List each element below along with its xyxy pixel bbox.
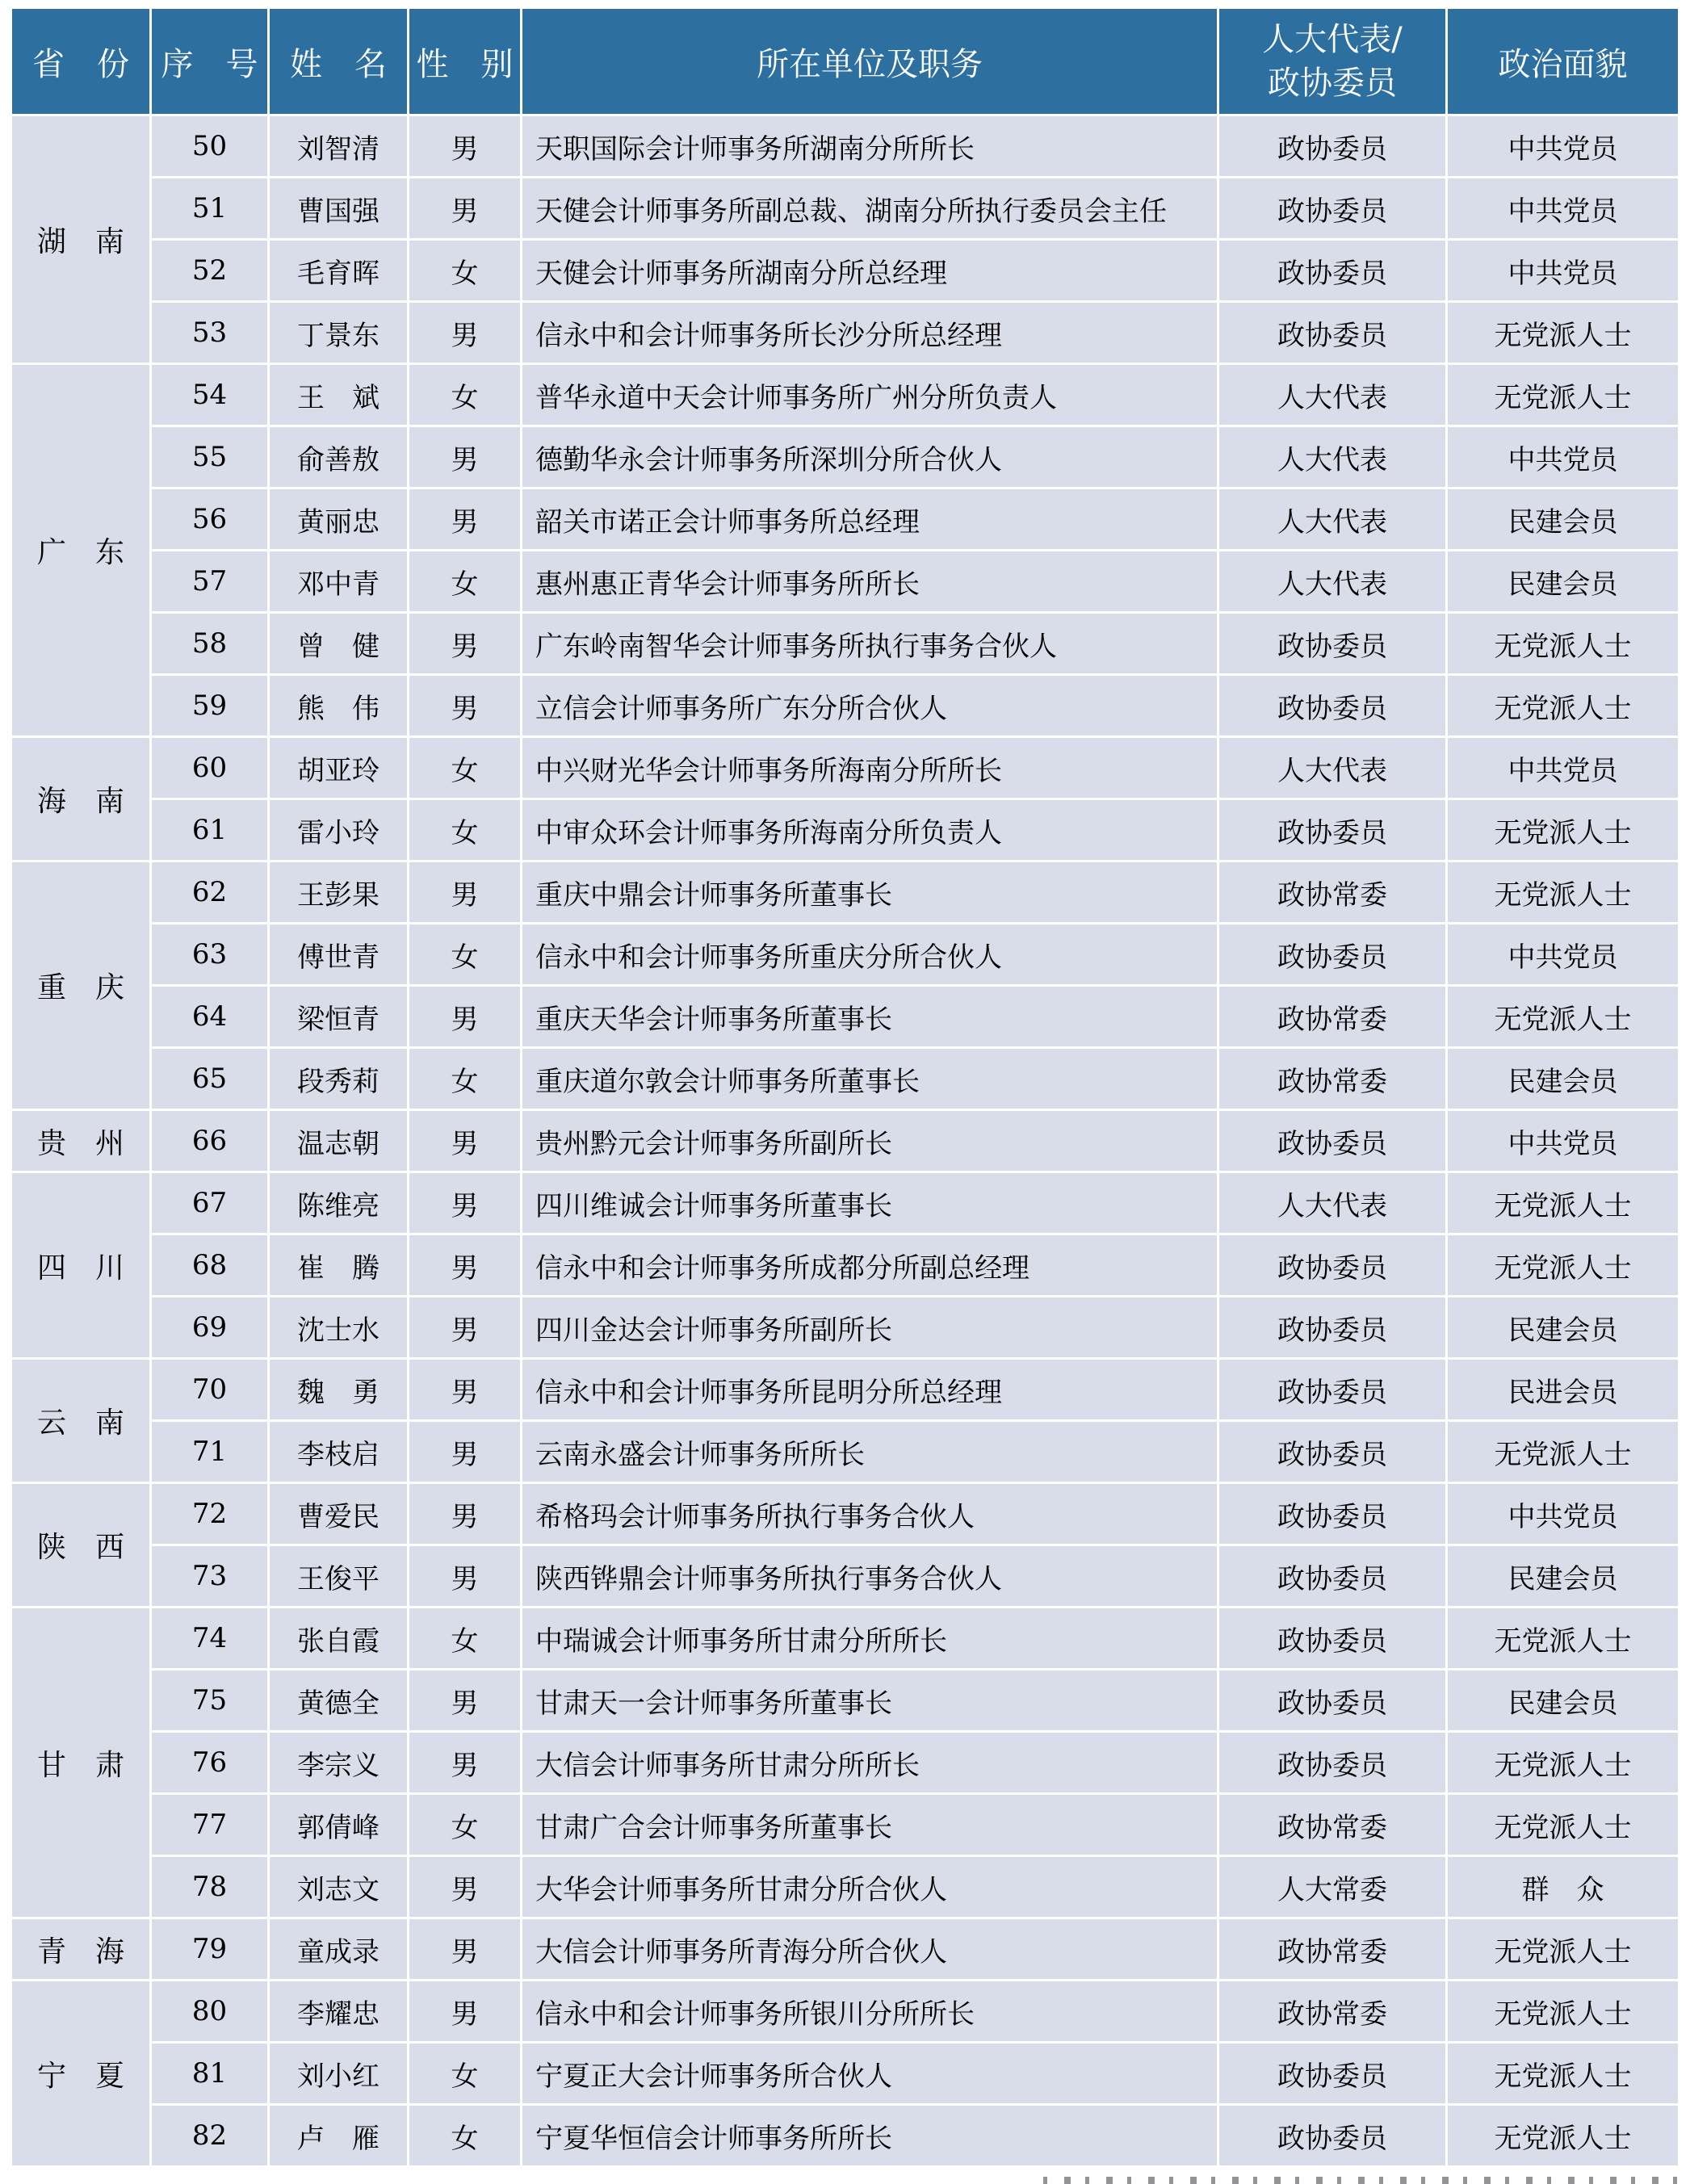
seq-cell: 70 [152,1360,267,1419]
party-cell: 民进会员 [1448,1360,1678,1419]
name-cell: 毛育晖 [270,241,407,300]
party-cell: 中共党员 [1448,178,1678,238]
table-row: 58曾 健男广东岭南智华会计师事务所执行事务合伙人政协委员无党派人士 [12,614,1678,673]
unit-cell: 甘肃天一会计师事务所董事长 [522,1670,1217,1730]
table-row: 82卢 雁女宁夏华恒信会计师事务所所长政协委员无党派人士 [12,2106,1678,2165]
unit-cell: 信永中和会计师事务所昆明分所总经理 [522,1360,1217,1419]
name-cell: 魏 勇 [270,1360,407,1419]
seq-cell: 82 [152,2106,267,2165]
unit-cell: 宁夏正大会计师事务所合伙人 [522,2044,1217,2103]
province-cell: 广 东 [12,365,149,736]
role-cell: 政协委员 [1219,241,1445,300]
party-cell: 无党派人士 [1448,800,1678,860]
name-cell: 雷小玲 [270,800,407,860]
gender-cell: 女 [409,1049,520,1109]
province-cell: 重 庆 [12,862,149,1109]
party-cell: 无党派人士 [1448,1235,1678,1295]
party-cell: 民建会员 [1448,1049,1678,1109]
role-cell: 政协委员 [1219,303,1445,363]
table-row: 77郭倩峰女甘肃广合会计师事务所董事长政协常委无党派人士 [12,1795,1678,1855]
seq-cell: 56 [152,489,267,549]
name-cell: 李宗义 [270,1733,407,1792]
seq-cell: 54 [152,365,267,425]
role-cell: 政协常委 [1219,987,1445,1046]
role-cell: 政协委员 [1219,116,1445,176]
party-cell: 无党派人士 [1448,1919,1678,1979]
unit-cell: 信永中和会计师事务所重庆分所合伙人 [522,924,1217,984]
gender-cell: 男 [409,1360,520,1419]
role-cell: 政协常委 [1219,1049,1445,1109]
province-cell: 云 南 [12,1360,149,1482]
name-cell: 崔 腾 [270,1235,407,1295]
unit-cell: 信永中和会计师事务所成都分所副总经理 [522,1235,1217,1295]
table-row: 76李宗义男大信会计师事务所甘肃分所所长政协委员无党派人士 [12,1733,1678,1792]
gender-cell: 男 [409,1297,520,1357]
role-cell: 政协委员 [1219,1422,1445,1482]
role-cell: 人大代表 [1219,365,1445,425]
role-cell: 政协常委 [1219,862,1445,922]
name-cell: 段秀莉 [270,1049,407,1109]
table-row: 61雷小玲女中审众环会计师事务所海南分所负责人政协委员无党派人士 [12,800,1678,860]
seq-cell: 78 [152,1857,267,1917]
gender-cell: 女 [409,551,520,611]
unit-cell: 大信会计师事务所甘肃分所所长 [522,1733,1217,1792]
name-cell: 邓中青 [270,551,407,611]
role-cell: 政协委员 [1219,614,1445,673]
party-cell: 民建会员 [1448,1670,1678,1730]
gender-cell: 女 [409,2106,520,2165]
name-cell: 刘志文 [270,1857,407,1917]
unit-cell: 重庆中鼎会计师事务所董事长 [522,862,1217,922]
gender-cell: 女 [409,800,520,860]
page: 省 份 序 号 姓 名 性 别 所在单位及职务 人大代表/ 政协委员 政治面貌 … [10,6,1680,2168]
header-province: 省 份 [12,9,149,114]
table-row: 广 东54王 斌女普华永道中天会计师事务所广州分所负责人人大代表无党派人士 [12,365,1678,425]
table-row: 甘 肃74张自霞女中瑞诚会计师事务所甘肃分所所长政协委员无党派人士 [12,1608,1678,1668]
unit-cell: 四川金达会计师事务所副所长 [522,1297,1217,1357]
party-cell: 中共党员 [1448,924,1678,984]
unit-cell: 四川维诚会计师事务所董事长 [522,1173,1217,1233]
seq-cell: 69 [152,1297,267,1357]
unit-cell: 普华永道中天会计师事务所广州分所负责人 [522,365,1217,425]
header-gender: 性 别 [409,9,520,114]
table-row: 52毛育晖女天健会计师事务所湖南分所总经理政协委员中共党员 [12,241,1678,300]
gender-cell: 男 [409,676,520,736]
name-cell: 王彭果 [270,862,407,922]
gender-cell: 女 [409,241,520,300]
seq-cell: 53 [152,303,267,363]
party-cell: 无党派人士 [1448,676,1678,736]
seq-cell: 59 [152,676,267,736]
role-cell: 政协常委 [1219,1795,1445,1855]
unit-cell: 重庆道尔敦会计师事务所董事长 [522,1049,1217,1109]
table-row: 71李枝启男云南永盛会计师事务所所长政协委员无党派人士 [12,1422,1678,1482]
gender-cell: 女 [409,738,520,798]
seq-cell: 50 [152,116,267,176]
table-row: 四 川67陈维亮男四川维诚会计师事务所董事长人大代表无党派人士 [12,1173,1678,1233]
seq-cell: 65 [152,1049,267,1109]
seq-cell: 77 [152,1795,267,1855]
header-seq: 序 号 [152,9,267,114]
gender-cell: 男 [409,427,520,487]
party-cell: 中共党员 [1448,241,1678,300]
gender-cell: 女 [409,2044,520,2103]
table-row: 宁 夏80李耀忠男信永中和会计师事务所银川分所所长政协常委无党派人士 [12,1981,1678,2041]
role-cell: 政协委员 [1219,1733,1445,1792]
table-row: 73王俊平男陕西铧鼎会计师事务所执行事务合伙人政协委员民建会员 [12,1546,1678,1606]
name-cell: 梁恒青 [270,987,407,1046]
name-cell: 童成录 [270,1919,407,1979]
name-cell: 卢 雁 [270,2106,407,2165]
header-name: 姓 名 [270,9,407,114]
name-cell: 丁景东 [270,303,407,363]
seq-cell: 80 [152,1981,267,2041]
name-cell: 刘智清 [270,116,407,176]
province-cell: 甘 肃 [12,1608,149,1917]
unit-cell: 广东岭南智华会计师事务所执行事务合伙人 [522,614,1217,673]
name-cell: 曹国强 [270,178,407,238]
name-cell: 温志朝 [270,1111,407,1171]
unit-cell: 韶关市诺正会计师事务所总经理 [522,489,1217,549]
gender-cell: 男 [409,1919,520,1979]
party-cell: 无党派人士 [1448,303,1678,363]
table-row: 56黄丽忠男韶关市诺正会计师事务所总经理人大代表民建会员 [12,489,1678,549]
name-cell: 陈维亮 [270,1173,407,1233]
name-cell: 黄德全 [270,1670,407,1730]
party-cell: 无党派人士 [1448,1795,1678,1855]
role-cell: 人大代表 [1219,551,1445,611]
name-cell: 沈士水 [270,1297,407,1357]
gender-cell: 男 [409,1546,520,1606]
party-cell: 民建会员 [1448,1297,1678,1357]
party-cell: 中共党员 [1448,738,1678,798]
header-unit: 所在单位及职务 [522,9,1217,114]
header-party: 政治面貌 [1448,9,1678,114]
gender-cell: 男 [409,1981,520,2041]
role-cell: 政协委员 [1219,178,1445,238]
province-cell: 湖 南 [12,116,149,363]
unit-cell: 信永中和会计师事务所长沙分所总经理 [522,303,1217,363]
unit-cell: 天职国际会计师事务所湖南分所所长 [522,116,1217,176]
unit-cell: 重庆天华会计师事务所董事长 [522,987,1217,1046]
gender-cell: 女 [409,1608,520,1668]
province-cell: 宁 夏 [12,1981,149,2165]
role-cell: 政协常委 [1219,1981,1445,2041]
table-row: 53丁景东男信永中和会计师事务所长沙分所总经理政协委员无党派人士 [12,303,1678,363]
unit-cell: 德勤华永会计师事务所深圳分所合伙人 [522,427,1217,487]
seq-cell: 64 [152,987,267,1046]
unit-cell: 中审众环会计师事务所海南分所负责人 [522,800,1217,860]
seq-cell: 66 [152,1111,267,1171]
province-cell: 陕 西 [12,1484,149,1606]
gender-cell: 男 [409,614,520,673]
seq-cell: 74 [152,1608,267,1668]
province-cell: 海 南 [12,738,149,860]
unit-cell: 天健会计师事务所湖南分所总经理 [522,241,1217,300]
unit-cell: 希格玛会计师事务所执行事务合伙人 [522,1484,1217,1544]
party-cell: 中共党员 [1448,427,1678,487]
gender-cell: 男 [409,1733,520,1792]
name-cell: 李枝启 [270,1422,407,1482]
table-row: 陕 西72曹爱民男希格玛会计师事务所执行事务合伙人政协委员中共党员 [12,1484,1678,1544]
table-row: 68崔 腾男信永中和会计师事务所成都分所副总经理政协委员无党派人士 [12,1235,1678,1295]
role-cell: 政协委员 [1219,676,1445,736]
unit-cell: 甘肃广合会计师事务所董事长 [522,1795,1217,1855]
party-cell: 无党派人士 [1448,1981,1678,2041]
role-cell: 政协委员 [1219,1360,1445,1419]
clipped-text-fragment [1043,2177,1681,2184]
seq-cell: 52 [152,241,267,300]
gender-cell: 男 [409,1111,520,1171]
party-cell: 无党派人士 [1448,614,1678,673]
role-cell: 政协委员 [1219,1235,1445,1295]
role-cell: 政协委员 [1219,2106,1445,2165]
seq-cell: 68 [152,1235,267,1295]
name-cell: 刘小红 [270,2044,407,2103]
unit-cell: 惠州惠正青华会计师事务所所长 [522,551,1217,611]
seq-cell: 63 [152,924,267,984]
unit-cell: 云南永盛会计师事务所所长 [522,1422,1217,1482]
province-cell: 四 川 [12,1173,149,1357]
seq-cell: 57 [152,551,267,611]
role-cell: 政协委员 [1219,924,1445,984]
party-cell: 无党派人士 [1448,862,1678,922]
unit-cell: 陕西铧鼎会计师事务所执行事务合伙人 [522,1546,1217,1606]
role-cell: 人大代表 [1219,427,1445,487]
gender-cell: 男 [409,116,520,176]
role-cell: 人大常委 [1219,1857,1445,1917]
name-cell: 胡亚玲 [270,738,407,798]
gender-cell: 男 [409,303,520,363]
gender-cell: 男 [409,1422,520,1482]
table-row: 57邓中青女惠州惠正青华会计师事务所所长人大代表民建会员 [12,551,1678,611]
seq-cell: 61 [152,800,267,860]
role-cell: 政协委员 [1219,1484,1445,1544]
seq-cell: 60 [152,738,267,798]
unit-cell: 宁夏华恒信会计师事务所所长 [522,2106,1217,2165]
table-row: 51曹国强男天健会计师事务所副总裁、湖南分所执行委员会主任政协委员中共党员 [12,178,1678,238]
table-row: 海 南60胡亚玲女中兴财光华会计师事务所海南分所所长人大代表中共党员 [12,738,1678,798]
table-row: 64梁恒青男重庆天华会计师事务所董事长政协常委无党派人士 [12,987,1678,1046]
table-row: 59熊 伟男立信会计师事务所广东分所合伙人政协委员无党派人士 [12,676,1678,736]
party-cell: 群 众 [1448,1857,1678,1917]
gender-cell: 女 [409,1795,520,1855]
table-row: 75黄德全男甘肃天一会计师事务所董事长政协委员民建会员 [12,1670,1678,1730]
table-row: 63傅世青女信永中和会计师事务所重庆分所合伙人政协委员中共党员 [12,924,1678,984]
party-cell: 无党派人士 [1448,365,1678,425]
party-cell: 无党派人士 [1448,2044,1678,2103]
table-row: 78刘志文男大华会计师事务所甘肃分所合伙人人大常委群 众 [12,1857,1678,1917]
province-cell: 青 海 [12,1919,149,1979]
party-cell: 无党派人士 [1448,1422,1678,1482]
seq-cell: 81 [152,2044,267,2103]
table-row: 贵 州66温志朝男贵州黔元会计师事务所副所长政协委员中共党员 [12,1111,1678,1171]
table-row: 55俞善敖男德勤华永会计师事务所深圳分所合伙人人大代表中共党员 [12,427,1678,487]
seq-cell: 79 [152,1919,267,1979]
role-cell: 人大代表 [1219,489,1445,549]
table-row: 湖 南50刘智清男天职国际会计师事务所湖南分所所长政协委员中共党员 [12,116,1678,176]
role-cell: 政协委员 [1219,800,1445,860]
gender-cell: 男 [409,178,520,238]
unit-cell: 中瑞诚会计师事务所甘肃分所所长 [522,1608,1217,1668]
gender-cell: 女 [409,365,520,425]
role-cell: 政协委员 [1219,2044,1445,2103]
name-cell: 黄丽忠 [270,489,407,549]
unit-cell: 中兴财光华会计师事务所海南分所所长 [522,738,1217,798]
unit-cell: 贵州黔元会计师事务所副所长 [522,1111,1217,1171]
unit-cell: 信永中和会计师事务所银川分所所长 [522,1981,1217,2041]
gender-cell: 男 [409,1857,520,1917]
gender-cell: 男 [409,1235,520,1295]
role-cell: 政协委员 [1219,1111,1445,1171]
seq-cell: 62 [152,862,267,922]
table-row: 81刘小红女宁夏正大会计师事务所合伙人政协委员无党派人士 [12,2044,1678,2103]
role-cell: 政协委员 [1219,1297,1445,1357]
name-cell: 傅世青 [270,924,407,984]
role-cell: 政协委员 [1219,1670,1445,1730]
gender-cell: 男 [409,1484,520,1544]
unit-cell: 大信会计师事务所青海分所合伙人 [522,1919,1217,1979]
name-cell: 俞善敖 [270,427,407,487]
name-cell: 曹爱民 [270,1484,407,1544]
seq-cell: 76 [152,1733,267,1792]
seq-cell: 51 [152,178,267,238]
party-cell: 无党派人士 [1448,987,1678,1046]
name-cell: 郭倩峰 [270,1795,407,1855]
party-cell: 民建会员 [1448,489,1678,549]
seq-cell: 58 [152,614,267,673]
name-cell: 曾 健 [270,614,407,673]
name-cell: 李耀忠 [270,1981,407,2041]
seq-cell: 55 [152,427,267,487]
cpa-deputies-table: 省 份 序 号 姓 名 性 别 所在单位及职务 人大代表/ 政协委员 政治面貌 … [10,6,1680,2168]
party-cell: 无党派人士 [1448,2106,1678,2165]
header-row: 省 份 序 号 姓 名 性 别 所在单位及职务 人大代表/ 政协委员 政治面貌 [12,9,1678,114]
gender-cell: 女 [409,924,520,984]
party-cell: 无党派人士 [1448,1173,1678,1233]
role-cell: 人大代表 [1219,738,1445,798]
role-cell: 人大代表 [1219,1173,1445,1233]
province-cell: 贵 州 [12,1111,149,1171]
party-cell: 无党派人士 [1448,1608,1678,1668]
gender-cell: 男 [409,489,520,549]
table-row: 69沈士水男四川金达会计师事务所副所长政协委员民建会员 [12,1297,1678,1357]
header-role-line1: 人大代表/ [1262,21,1402,58]
header-role: 人大代表/ 政协委员 [1219,9,1445,114]
gender-cell: 男 [409,1670,520,1730]
seq-cell: 73 [152,1546,267,1606]
role-cell: 政协委员 [1219,1608,1445,1668]
unit-cell: 大华会计师事务所甘肃分所合伙人 [522,1857,1217,1917]
gender-cell: 男 [409,1173,520,1233]
role-cell: 政协委员 [1219,1546,1445,1606]
party-cell: 中共党员 [1448,1484,1678,1544]
name-cell: 张自霞 [270,1608,407,1668]
unit-cell: 立信会计师事务所广东分所合伙人 [522,676,1217,736]
party-cell: 中共党员 [1448,1111,1678,1171]
seq-cell: 75 [152,1670,267,1730]
table-row: 65段秀莉女重庆道尔敦会计师事务所董事长政协常委民建会员 [12,1049,1678,1109]
name-cell: 王 斌 [270,365,407,425]
party-cell: 无党派人士 [1448,1733,1678,1792]
table-row: 云 南70魏 勇男信永中和会计师事务所昆明分所总经理政协委员民进会员 [12,1360,1678,1419]
role-cell: 政协常委 [1219,1919,1445,1979]
gender-cell: 男 [409,862,520,922]
party-cell: 民建会员 [1448,1546,1678,1606]
seq-cell: 72 [152,1484,267,1544]
unit-cell: 天健会计师事务所副总裁、湖南分所执行委员会主任 [522,178,1217,238]
header-role-line2: 政协委员 [1268,65,1397,102]
gender-cell: 男 [409,987,520,1046]
party-cell: 民建会员 [1448,551,1678,611]
seq-cell: 71 [152,1422,267,1482]
name-cell: 熊 伟 [270,676,407,736]
name-cell: 王俊平 [270,1546,407,1606]
table-row: 重 庆62王彭果男重庆中鼎会计师事务所董事长政协常委无党派人士 [12,862,1678,922]
table-row: 青 海79童成录男大信会计师事务所青海分所合伙人政协常委无党派人士 [12,1919,1678,1979]
seq-cell: 67 [152,1173,267,1233]
party-cell: 中共党员 [1448,116,1678,176]
